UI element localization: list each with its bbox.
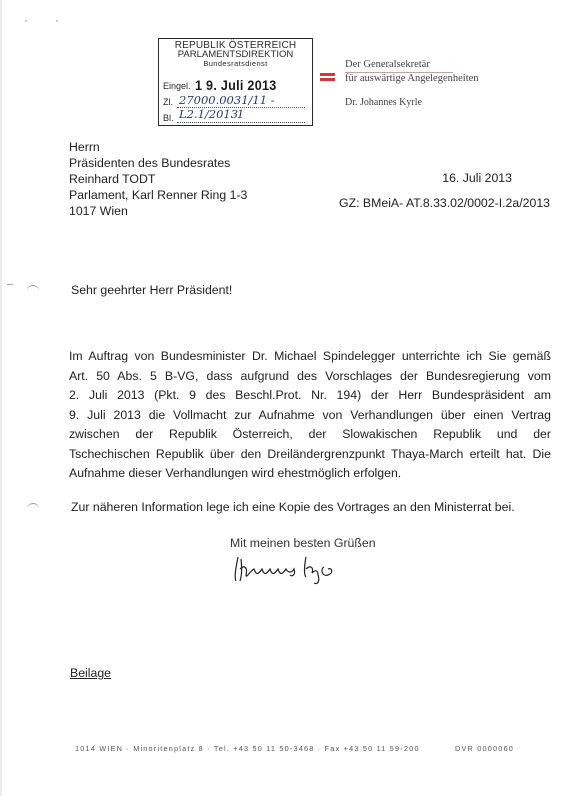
- punch-hole-mark: [27, 285, 39, 292]
- sender-title-line-1: Der Generalsekretär: [345, 59, 430, 70]
- footer-dvr: DVR 0000060: [455, 744, 514, 753]
- paragraph-line: Aufnahme dieser Verhandlungen wird ehest…: [69, 464, 551, 484]
- stamp-zl-label: Zl.: [163, 97, 173, 107]
- paragraph-line: 9. Juli 2013 die Vollmacht zur Aufnahme …: [69, 406, 551, 426]
- stamp-bl-dots: [177, 122, 305, 123]
- recipient-line: Parlament, Karl Renner Ring 1-3: [69, 187, 247, 203]
- stamp-zl-value: 27000.0031/11 - L2.1/2013: [179, 93, 312, 121]
- salutation: Sehr geehrter Herr Präsident!: [71, 282, 232, 298]
- body-paragraph: Im Auftrag von Bundesminister Dr. Michae…: [69, 347, 551, 484]
- stamp-bl-value: 1: [237, 108, 244, 121]
- paragraph-line: Tschechischen Republik über den Dreiländ…: [69, 445, 551, 465]
- sender-name: Dr. Johannes Kyrle: [345, 97, 422, 108]
- recipient-line: 1017 Wien: [69, 203, 247, 219]
- closing: Mit meinen besten Grüßen: [230, 535, 376, 551]
- punch-hole-mark: [27, 503, 39, 510]
- stamp-received-label: Eingel.: [163, 81, 191, 91]
- margin-dash-mark: [7, 284, 13, 285]
- info-paragraph: Zur näheren Information lege ich eine Ko…: [71, 499, 515, 515]
- recipient-line: Reinhard TODT: [69, 171, 247, 187]
- receipt-stamp: REPUBLIK ÖSTERREICH PARLAMENTSDIREKTION …: [158, 38, 313, 126]
- stamp-bl-label: Bl.: [163, 113, 174, 123]
- recipient-line: Präsidenten des Bundesrates: [69, 155, 247, 171]
- recipient-line: Herrn: [69, 139, 247, 155]
- footer-address: 1014 WIEN · Minoritenplatz 8 · Tel. +43 …: [75, 744, 420, 753]
- austrian-flag-icon: [320, 73, 335, 76]
- reference-number: GZ: BMeiA- AT.8.33.02/0002-I.2a/2013: [339, 195, 550, 211]
- signature-icon: [232, 553, 362, 585]
- scan-speck: [25, 20, 27, 22]
- paragraph-line: 2. Juli 2013 (Pkt. 9 des Beschl.Prot. Nr…: [69, 386, 551, 406]
- enclosure-label: Beilage: [70, 665, 111, 681]
- paragraph-line: zwischen der Republik Österreich, der Sl…: [69, 425, 551, 445]
- stamp-line-3: Bundesratsdienst: [159, 59, 312, 68]
- stamp-line-2: PARLAMENTSDIREKTION: [159, 50, 312, 59]
- page-edge: [0, 0, 2, 796]
- paragraph-line: Art. 50 Abs. 5 B-VG, dass aufgrund des V…: [69, 367, 551, 387]
- sender-title-line-2: für auswärtige Angelegenheiten: [345, 73, 479, 84]
- paragraph-line: Im Auftrag von Bundesminister Dr. Michae…: [69, 347, 551, 367]
- stamp-received-date: 1 9. Juli 2013: [195, 77, 277, 93]
- handwritten-signature: [232, 553, 362, 590]
- letter-date: 16. Juli 2013: [442, 170, 512, 186]
- scan-speck: [56, 20, 58, 22]
- austrian-flag-icon-stripe: [320, 78, 335, 81]
- recipient-address: Herrn Präsidenten des Bundesrates Reinha…: [69, 139, 247, 219]
